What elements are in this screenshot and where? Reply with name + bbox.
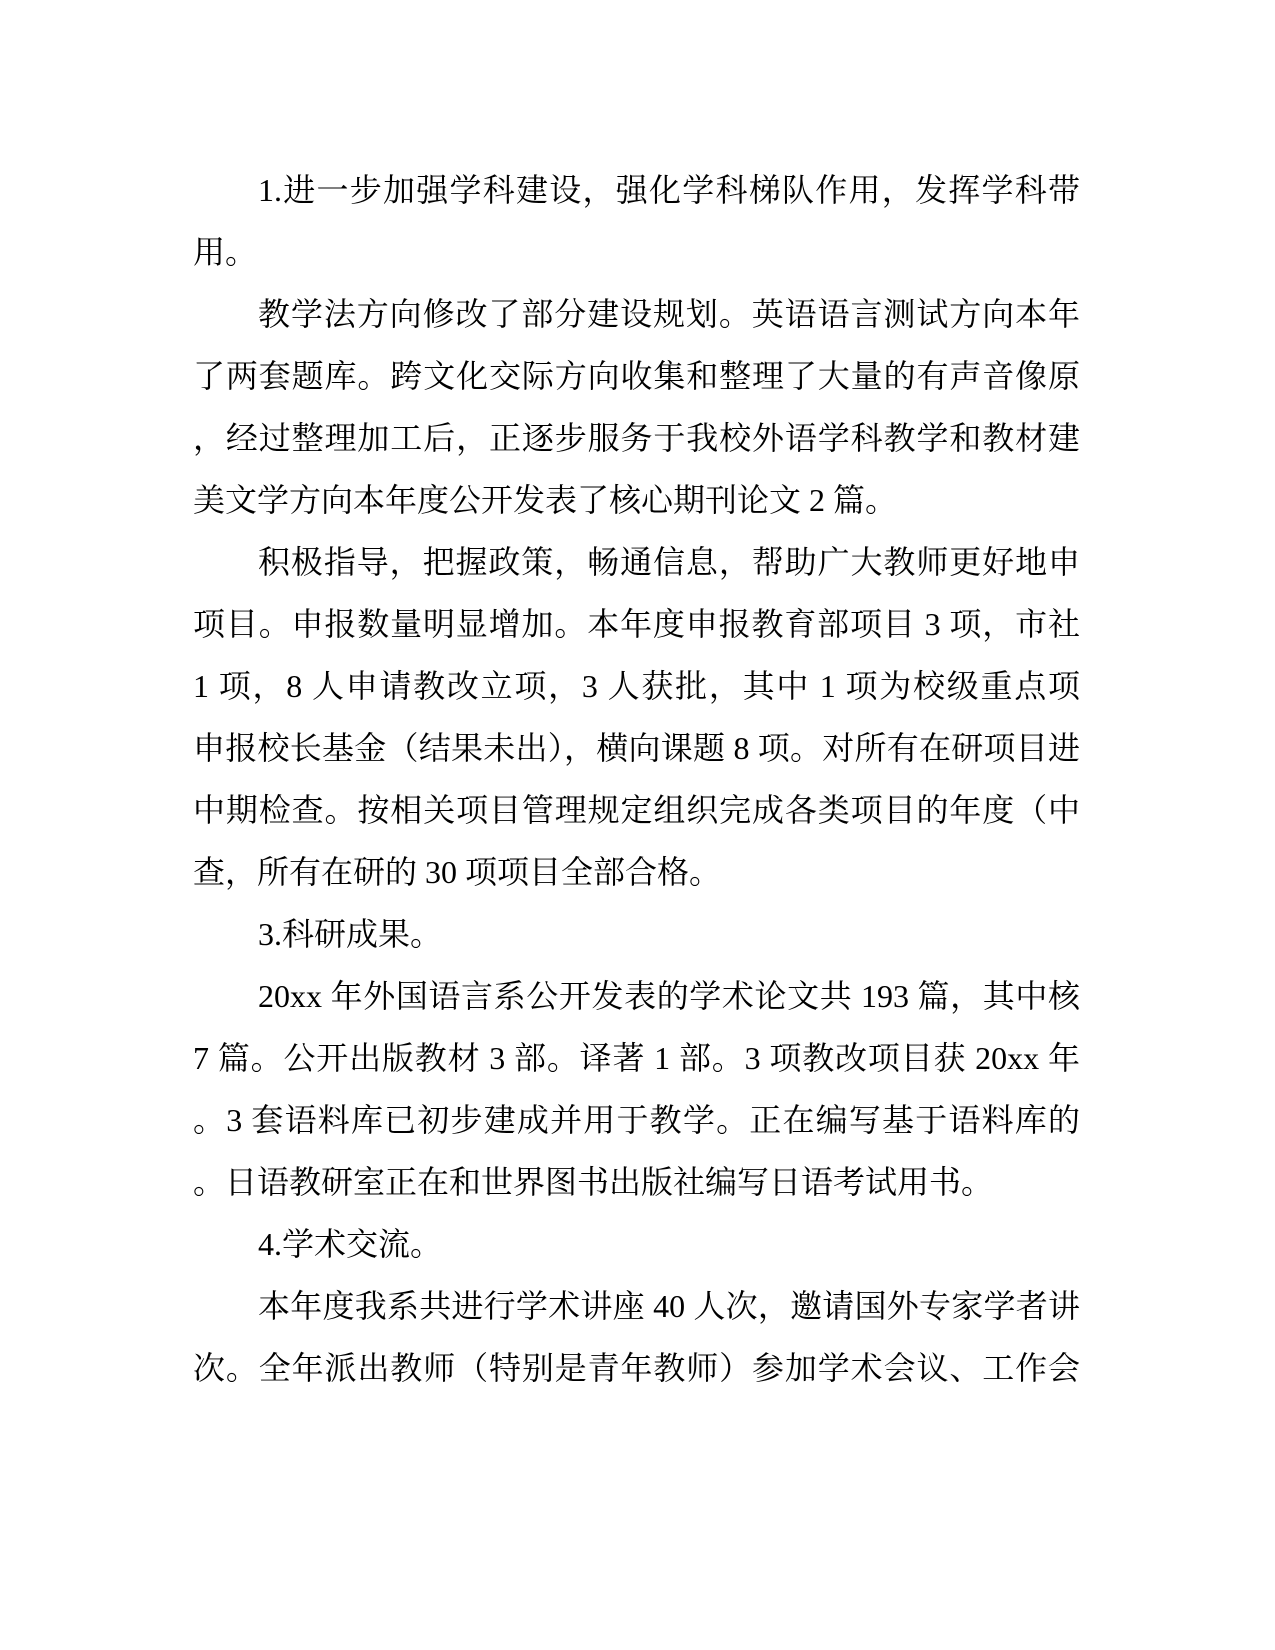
text-line: 次。全年派出教师（特别是青年教师）参加学术会议、工作会议 40 余 [193, 1337, 1080, 1399]
text-line: 美文学方向本年度公开发表了核心期刊论文 2 篇。 [193, 469, 1080, 531]
text-line: 积极指导，把握政策，畅通信息，帮助广大教师更好地申报科研 [193, 531, 1080, 593]
text-line: 3.科研成果。 [193, 903, 1080, 965]
text-line: 1.进一步加强学科建设，强化学科梯队作用，发挥学科带头人作 [193, 159, 1080, 221]
text-line: 4.学术交流。 [193, 1213, 1080, 1275]
text-line: 。3 套语料库已初步建成并用于教学。正在编写基于语料库的系列丛书 [193, 1089, 1080, 1151]
text-line: 20xx 年外国语言系公开发表的学术论文共 193 篇，其中核心期刊 [193, 965, 1080, 1027]
document-body: 1.进一步加强学科建设，强化学科梯队作用，发挥学科带头人作 用。 教学法方向修改… [193, 159, 1080, 1399]
text-line: 教学法方向修改了部分建设规划。英语语言测试方向本年度建立 [193, 283, 1080, 345]
text-line: 了两套题库。跨文化交际方向收集和整理了大量的有声音像原始材料 [193, 345, 1080, 407]
text-line: 7 篇。公开出版教材 3 部。译著 1 部。3 项教改项目获 20xx 年优秀结… [193, 1027, 1080, 1089]
document-page: 1.进一步加强学科建设，强化学科梯队作用，发挥学科带头人作 用。 教学法方向修改… [0, 0, 1275, 1650]
text-line: 项目。申报数量明显增加。本年度申报教育部项目 3 项，市社科项目 [193, 593, 1080, 655]
text-line: 本年度我系共进行学术讲座 40 人次，邀请国外专家学者讲学 4 [193, 1275, 1080, 1337]
text-line: 用。 [193, 221, 1080, 283]
text-line: 1 项，8 人申请教改立项，3 人获批，其中 1 项为校级重点项目，12 人 [193, 655, 1080, 717]
text-line: 申报校长基金（结果未出），横向课题 8 项。对所有在研项目进行了 [193, 717, 1080, 779]
text-line: 查，所有在研的 30 项项目全部合格。 [193, 841, 1080, 903]
text-line: 中期检查。按相关项目管理规定组织完成各类项目的年度（中期）检 [193, 779, 1080, 841]
text-line: 。日语教研室正在和世界图书出版社编写日语考试用书。 [193, 1151, 1080, 1213]
text-line: ，经过整理加工后，正逐步服务于我校外语学科教学和教材建设。英 [193, 407, 1080, 469]
